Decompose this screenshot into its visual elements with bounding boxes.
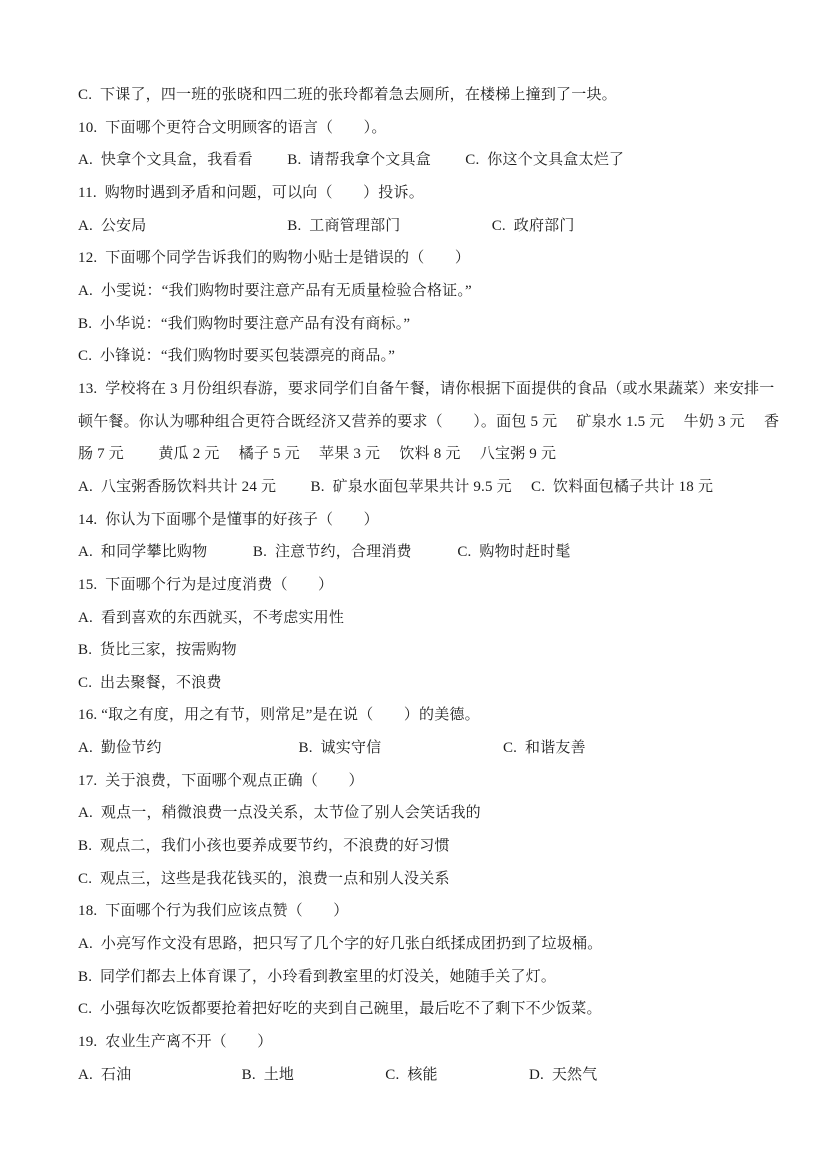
question-16-options: A. 勤俭节约 B. 诚实守信 C. 和谐友善	[78, 732, 778, 765]
question-13-stem-line-2: 顿午餐。你认为哪种组合更符合既经济又营养的要求（ ）。面包 5 元 矿泉水 1.…	[78, 406, 778, 439]
question-15-stem: 15. 下面哪个行为是过度消费（ ）	[78, 569, 778, 602]
question-18-option-b: B. 同学们都去上体育课了，小玲看到教室里的灯没关，她随手关了灯。	[78, 961, 778, 994]
question-12-stem: 12. 下面哪个同学告诉我们的购物小贴士是错误的（ ）	[78, 242, 778, 275]
question-13-stem-line-3: 肠 7 元 黄瓜 2 元 橘子 5 元 苹果 3 元 饮料 8 元 八宝粥 9 …	[78, 438, 778, 471]
question-12-option-b: B. 小华说：“我们购物时要注意产品有没有商标。”	[78, 308, 778, 341]
question-10-stem: 10. 下面哪个更符合文明顾客的语言（ ）。	[78, 112, 778, 145]
question-19-stem: 19. 农业生产离不开（ ）	[78, 1026, 778, 1059]
question-11-stem: 11. 购物时遇到矛盾和问题，可以向（ ）投诉。	[78, 177, 778, 210]
question-15-option-b: B. 货比三家，按需购物	[78, 634, 778, 667]
question-15-option-c: C. 出去聚餐，不浪费	[78, 667, 778, 700]
question-14-stem: 14. 你认为下面哪个是懂事的好孩子（ ）	[78, 504, 778, 537]
document-body: C. 下课了，四一班的张晓和四二班的张玲都着急去厕所，在楼梯上撞到了一块。10.…	[78, 79, 778, 1091]
exam-page: C. 下课了，四一班的张晓和四二班的张玲都着急去厕所，在楼梯上撞到了一块。10.…	[0, 0, 827, 1169]
question-18-option-c: C. 小强每次吃饭都要抢着把好吃的夹到自己碗里，最后吃不了剩下不少饭菜。	[78, 993, 778, 1026]
question-18-stem: 18. 下面哪个行为我们应该点赞（ ）	[78, 895, 778, 928]
question-18-option-a: A. 小亮写作文没有思路，把只写了几个字的好几张白纸揉成团扔到了垃圾桶。	[78, 928, 778, 961]
question-11-options: A. 公安局 B. 工商管理部门 C. 政府部门	[78, 210, 778, 243]
question-15-option-a: A. 看到喜欢的东西就买，不考虑实用性	[78, 602, 778, 635]
question-10-options: A. 快拿个文具盒，我看看 B. 请帮我拿个文具盒 C. 你这个文具盒太烂了	[78, 144, 778, 177]
question-17-stem: 17. 关于浪费，下面哪个观点正确（ ）	[78, 765, 778, 798]
question-13-options: A. 八宝粥香肠饮料共计 24 元 B. 矿泉水面包苹果共计 9.5 元 C. …	[78, 471, 778, 504]
question-12-option-a: A. 小雯说：“我们购物时要注意产品有无质量检验合格证。”	[78, 275, 778, 308]
question-17-option-c: C. 观点三，这些是我花钱买的，浪费一点和别人没关系	[78, 863, 778, 896]
question-19-options: A. 石油 B. 土地 C. 核能 D. 天然气	[78, 1059, 778, 1092]
question-16-stem: 16. “取之有度，用之有节，则常足”是在说（ ）的美德。	[78, 699, 778, 732]
question-9-option-c: C. 下课了，四一班的张晓和四二班的张玲都着急去厕所，在楼梯上撞到了一块。	[78, 79, 778, 112]
question-14-options: A. 和同学攀比购物 B. 注意节约，合理消费 C. 购物时赶时髦	[78, 536, 778, 569]
question-17-option-b: B. 观点二，我们小孩也要养成要节约，不浪费的好习惯	[78, 830, 778, 863]
question-17-option-a: A. 观点一，稍微浪费一点没关系，太节俭了别人会笑话我的	[78, 797, 778, 830]
question-12-option-c: C. 小锋说：“我们购物时要买包装漂亮的商品。”	[78, 340, 778, 373]
question-13-stem-line-1: 13. 学校将在 3 月份组织春游，要求同学们自备午餐，请你根据下面提供的食品（…	[78, 373, 778, 406]
